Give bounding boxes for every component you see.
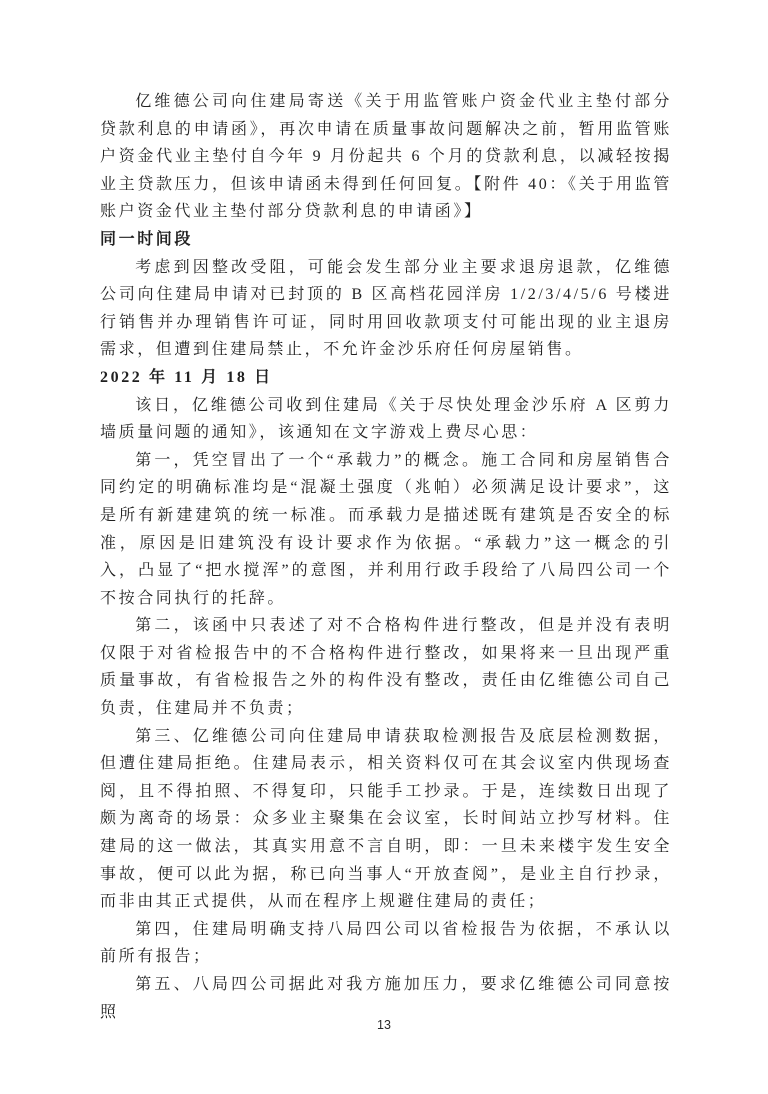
paragraph-point-one: 第一，凭空冒出了一个“承载力”的概念。施工合同和房屋销售合同约定的明确标准均是“… [100, 447, 672, 613]
paragraph-point-three: 第三、亿维德公司向住建局申请获取检测报告及底层检测数据，但遭住建局拒绝。住建局表… [100, 723, 672, 916]
paragraph-point-four: 第四，住建局明确支持八局四公司以省检报告为依据，不承认以前所有报告； [100, 916, 672, 971]
document-page: 亿维德公司向住建局寄送《关于用监管账户资金代业主垫付部分贷款利息的申请函》，再次… [0, 0, 768, 1094]
paragraph-point-two: 第二，该函中只表述了对不合格构件进行整改，但是并没有表明仅限于对省检报告中的不合… [100, 612, 672, 722]
page-number: 13 [0, 1018, 768, 1032]
document-body: 亿维德公司向住建局寄送《关于用监管账户资金代业主垫付部分贷款利息的申请函》，再次… [100, 88, 672, 1026]
paragraph-sales-permit-request: 考虑到因整改受阻，可能会发生部分业主要求退房退款，亿维德公司向住建局申请对已封顶… [100, 254, 672, 364]
section-heading-date-2022-11-18: 2022 年 11 月 18 日 [100, 364, 672, 392]
section-heading-same-period: 同一时间段 [100, 226, 672, 254]
paragraph-letter-interest-request: 亿维德公司向住建局寄送《关于用监管账户资金代业主垫付部分贷款利息的申请函》，再次… [100, 88, 672, 226]
paragraph-notice-received: 该日，亿维德公司收到住建局《关于尽快处理金沙乐府 A 区剪力墙质量问题的通知》，… [100, 392, 672, 447]
